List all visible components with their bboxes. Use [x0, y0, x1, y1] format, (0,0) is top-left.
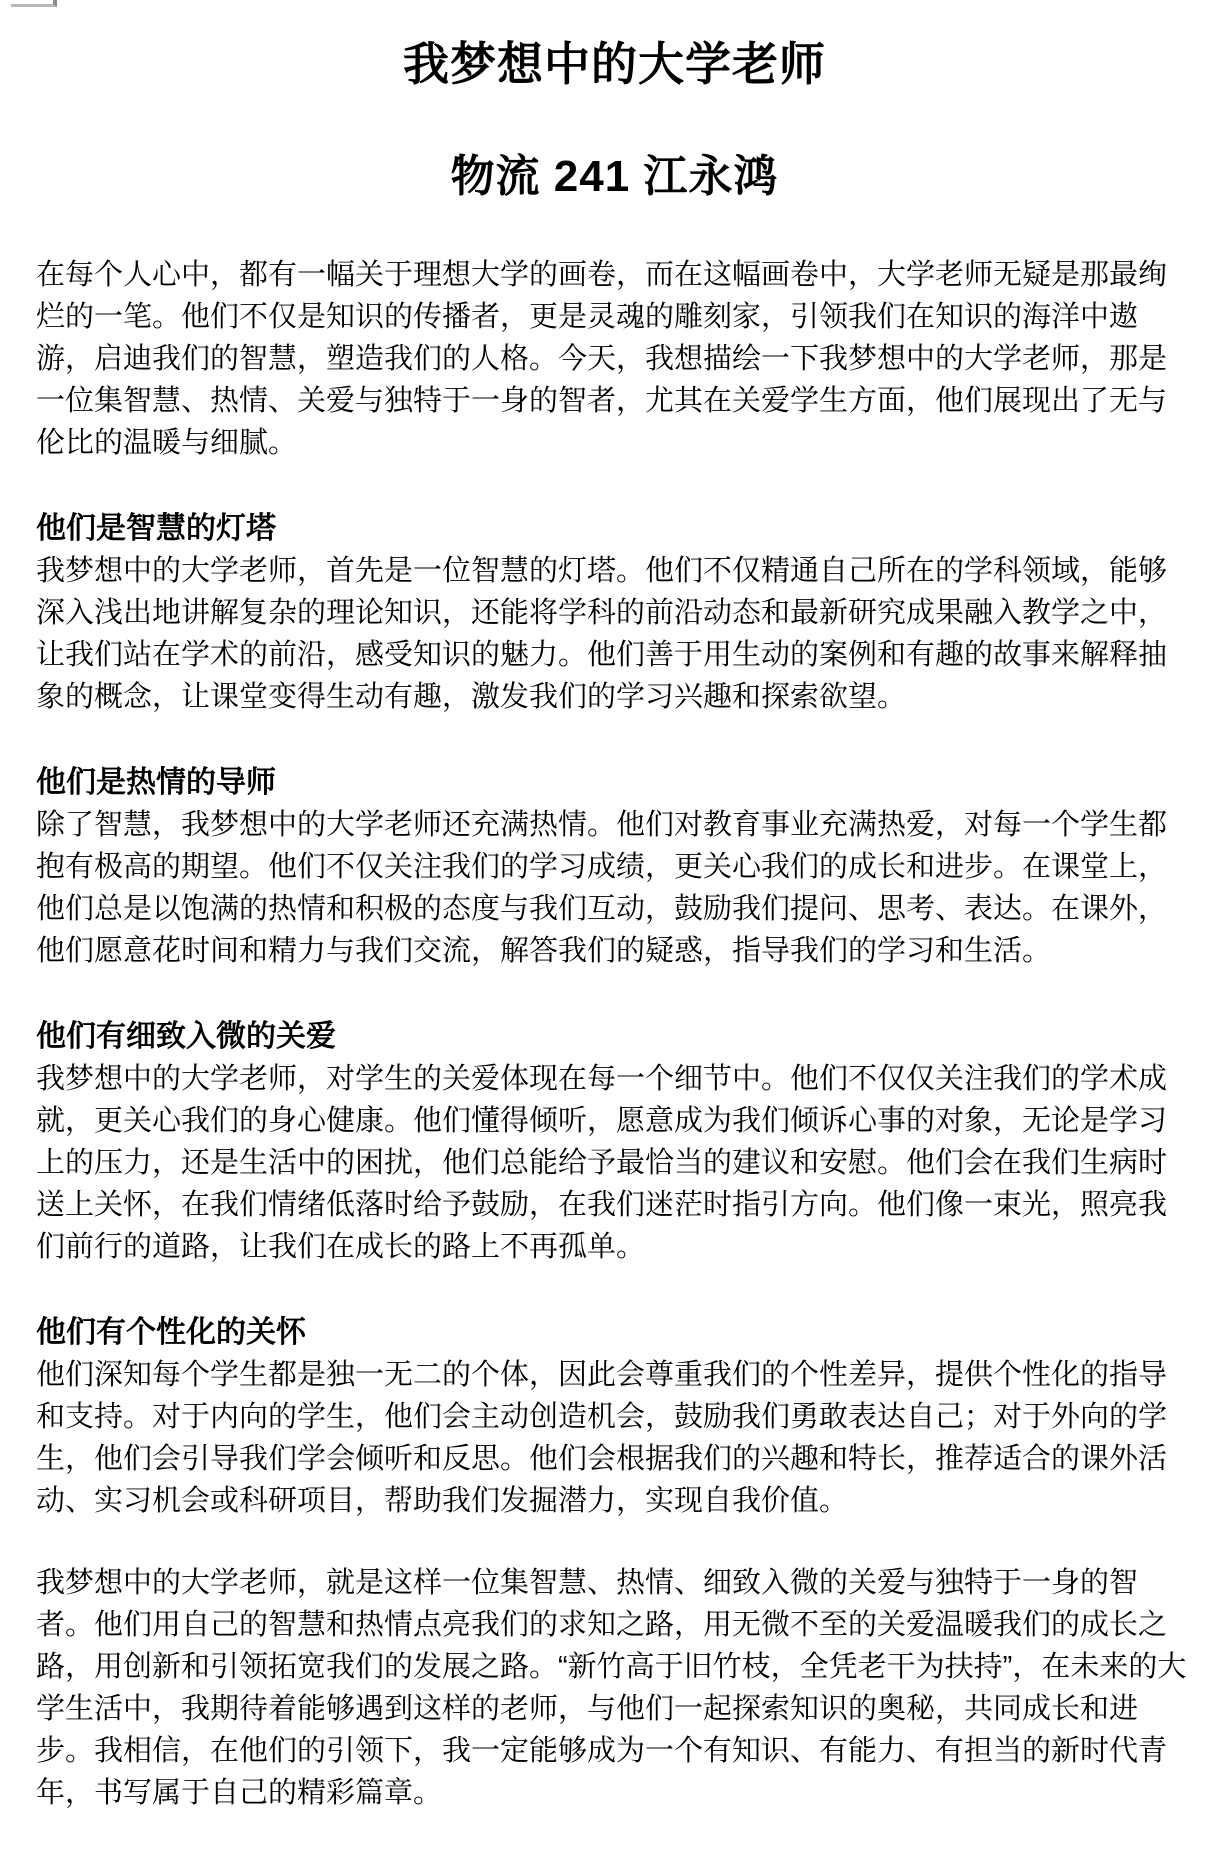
section-passionate-mentor: 他们是热情的导师 除了智慧，我梦想中的大学老师还充满热情。他们对教育事业充满热爱… [36, 762, 1193, 972]
essay-byline: 物流 241 江永鸿 [36, 150, 1193, 204]
closing-paragraph: 我梦想中的大学老师，就是这样一位集智慧、热情、细致入微的关爱与独特于一身的智者。… [36, 1562, 1193, 1814]
section-heading-personalized-care: 他们有个性化的关怀 [36, 1312, 1193, 1354]
section-paragraph-wisdom-beacon: 我梦想中的大学老师，首先是一位智慧的灯塔。他们不仅精通自己所在的学科领域，能够深… [36, 550, 1193, 718]
section-heading-passionate-mentor: 他们是热情的导师 [36, 762, 1193, 804]
section-wisdom-beacon: 他们是智慧的灯塔 我梦想中的大学老师，首先是一位智慧的灯塔。他们不仅精通自己所在… [36, 508, 1193, 718]
section-heading-meticulous-care: 他们有细致入微的关爱 [36, 1016, 1193, 1058]
section-heading-wisdom-beacon: 他们是智慧的灯塔 [36, 508, 1193, 550]
section-meticulous-care: 他们有细致入微的关爱 我梦想中的大学老师，对学生的关爱体现在每一个细节中。他们不… [36, 1016, 1193, 1268]
essay-title: 我梦想中的大学老师 [36, 36, 1193, 92]
section-paragraph-meticulous-care: 我梦想中的大学老师，对学生的关爱体现在每一个细节中。他们不仅仅关注我们的学术成就… [36, 1058, 1193, 1268]
window-corner-artifact [11, 0, 57, 7]
intro-paragraph: 在每个人心中，都有一幅关于理想大学的画卷，而在这幅画卷中，大学老师无疑是那最绚烂… [36, 254, 1193, 464]
section-paragraph-personalized-care: 他们深知每个学生都是独一无二的个体，因此会尊重我们的个性差异，提供个性化的指导和… [36, 1354, 1193, 1522]
section-paragraph-passionate-mentor: 除了智慧，我梦想中的大学老师还充满热情。他们对教育事业充满热爱，对每一个学生都抱… [36, 804, 1193, 972]
section-personalized-care: 他们有个性化的关怀 他们深知每个学生都是独一无二的个体，因此会尊重我们的个性差异… [36, 1312, 1193, 1522]
essay-page: 我梦想中的大学老师 物流 241 江永鸿 在每个人心中，都有一幅关于理想大学的画… [0, 36, 1224, 1814]
